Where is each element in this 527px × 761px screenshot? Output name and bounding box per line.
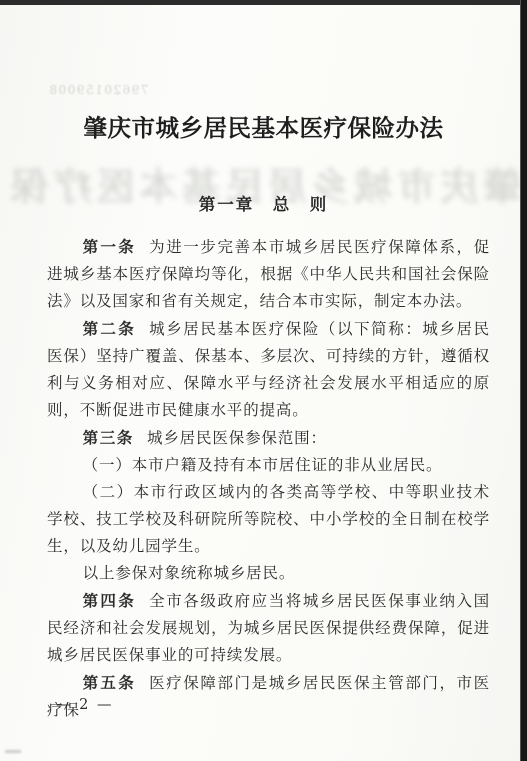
paragraph-text: （一）本市户籍及持有本市居住证的非从业居民。 (83, 456, 443, 474)
page-number: — 2 — (56, 697, 113, 713)
article-label: 第二条 (83, 319, 150, 338)
article-label: 第五条 (83, 673, 150, 692)
article-body: 第一条为进一步完善本市城乡居民医疗保障体系，促进城乡基本医疗保障均等化，根据《中… (47, 233, 490, 724)
article-label: 第三条 (83, 428, 147, 447)
scanner-top-edge (0, 0, 527, 5)
article-paragraph: 第二条城乡居民基本医疗保险（以下简称：城乡居民医保）坚持广覆盖、保基本、多层次、… (47, 315, 490, 424)
article-paragraph: 第四条全市各级政府应当将城乡居民医保事业纳入国民经济和社会发展规划，为城乡居民医… (47, 587, 490, 669)
article-paragraph: 第三条城乡居民医保参保范围： (47, 424, 490, 452)
scanned-page: 79620159008 肇庆市城乡居民基本医疗保 肇庆市城乡居民基本医疗保险办法… (0, 0, 527, 761)
article-paragraph: 以上参保对象统称城乡居民。 (47, 560, 490, 587)
document-title: 肇庆市城乡居民基本医疗保险办法 (0, 0, 527, 144)
scanner-right-edge (520, 0, 527, 761)
article-paragraph: （一）本市户籍及持有本市居住证的非从业居民。 (47, 452, 490, 479)
paragraph-text: 城乡居民医保参保范围： (147, 429, 327, 447)
article-label: 第一条 (83, 237, 150, 256)
article-paragraph: 第一条为进一步完善本市城乡居民医疗保障体系，促进城乡基本医疗保障均等化，根据《中… (47, 233, 490, 315)
chapter-heading: 第一章 总 则 (0, 144, 527, 215)
document-content: 肇庆市城乡居民基本医疗保险办法 第一章 总 则 第一条为进一步完善本市城乡居民医… (0, 0, 527, 724)
article-paragraph: （二）本市行政区域内的各类高等学校、中等职业技术学校、技工学校及科研院所等院校、… (47, 479, 490, 560)
paragraph-text: （二）本市行政区域内的各类高等学校、中等职业技术学校、技工学校及科研院所等院校、… (47, 483, 490, 555)
article-label: 第四条 (83, 591, 150, 610)
paragraph-text: 以上参保对象统称城乡居民。 (83, 564, 296, 582)
scan-smudge (5, 750, 21, 753)
